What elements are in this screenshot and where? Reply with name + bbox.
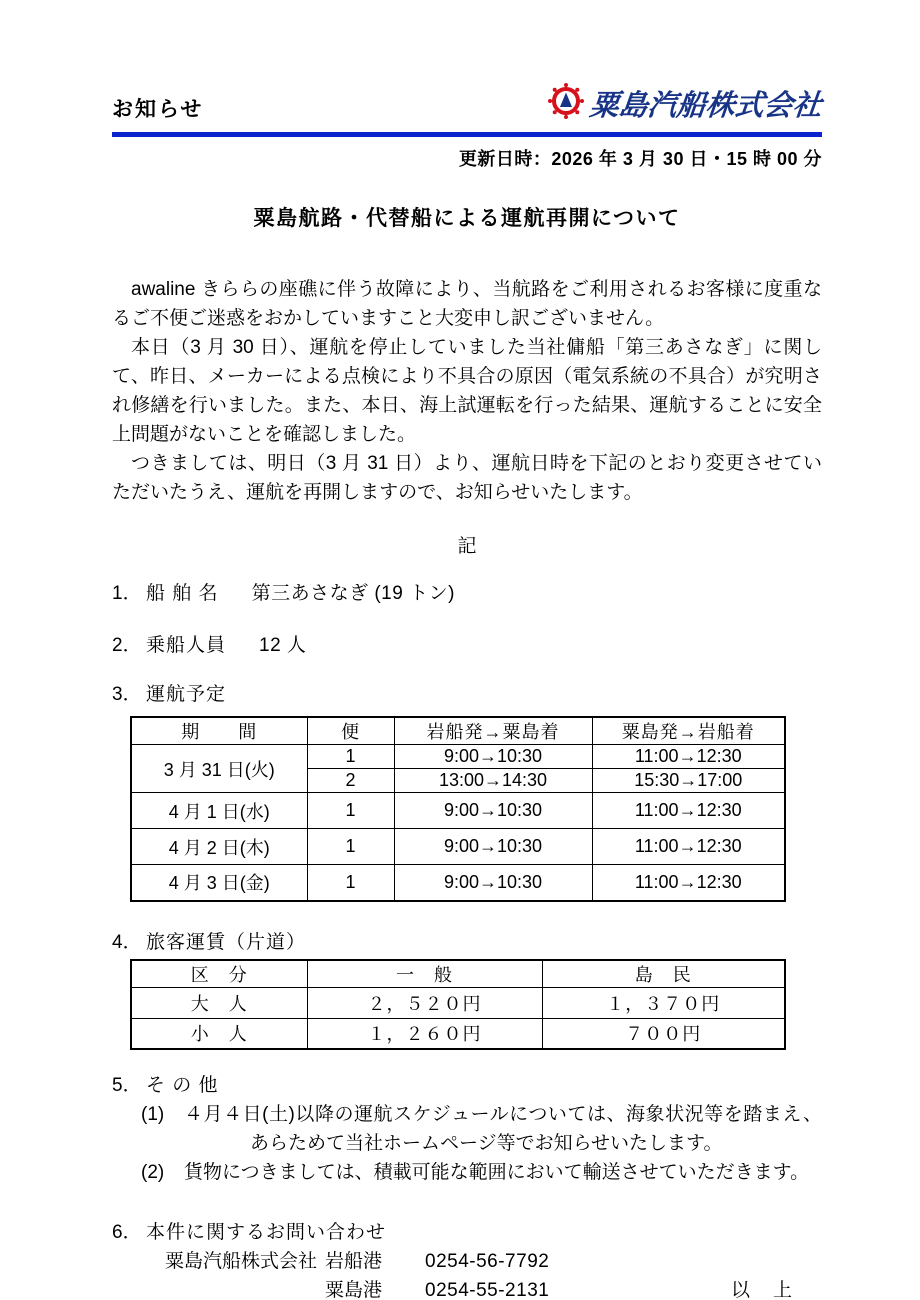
contact-line-awashima: 粟島港 0254-55-2131 以 上 (112, 1276, 822, 1300)
paragraph-apology: awaline きららの座礁に伴う故障により、当航路をご利用されるお客様に度重な… (112, 275, 822, 333)
record-mark: 記 (112, 531, 822, 558)
outbound-cell: 9:00→10:30 (394, 793, 592, 829)
header-period: 期 間 (131, 717, 307, 745)
contact-phone: 0254-55-2131 (425, 1276, 549, 1300)
header-category: 区 分 (131, 960, 307, 988)
item-label: 本件に関するお問い合わせ (146, 1222, 386, 1243)
schedule-header-row: 期 間 便 岩船発→粟島着 粟島発→岩船着 (131, 717, 785, 745)
schedule-row: 4 月 2 日(木) 1 9:00→10:30 11:00→12:30 (131, 829, 785, 865)
period-cell: 4 月 1 日(水) (131, 793, 307, 829)
note-number: (1) (141, 1100, 184, 1158)
page-title: 粟島航路・代替船による運航再開について (112, 202, 822, 232)
notice-document-page: お知らせ (0, 0, 920, 1300)
updated-datetime: 更新日時：2026 年 3 月 30 日・15 時 00 分 (112, 145, 822, 171)
item-number: 2． (112, 631, 146, 660)
note-text: ４月４日(土)以降の運航スケジュールについては、海象状況等を踏まえ、あらためて当… (184, 1100, 822, 1158)
category-cell: 大 人 (131, 987, 307, 1018)
item-label: 船 舶 名 (146, 583, 219, 604)
body-text: awaline きららの座礁に伴う故障により、当航路をご利用されるお客様に度重な… (112, 275, 822, 507)
contact-company: 粟島汽船株式会社 (165, 1247, 325, 1276)
item-other: 5．そ の 他 (112, 1071, 822, 1100)
notice-label: お知らせ (112, 93, 203, 125)
paragraph-repair: 本日（3 月 30 日）、運航を停止していました当社傭船「第三あさなぎ」に関して… (112, 333, 822, 449)
schedule-row: 4 月 1 日(水) 1 9:00→10:30 11:00→12:30 (131, 793, 785, 829)
item-label: 乗船人員 (146, 635, 226, 656)
inbound-cell: 11:00→12:30 (592, 865, 785, 901)
contact-port: 粟島港 (325, 1276, 425, 1300)
header-inbound: 粟島発→岩船着 (592, 717, 785, 745)
ship-name-value: 第三あさなぎ (19 トン) (252, 583, 455, 604)
header-divider (112, 132, 822, 137)
inbound-cell: 15:30→17:00 (592, 769, 785, 793)
item-schedule: 3．運航予定 (112, 680, 822, 709)
inbound-cell: 11:00→12:30 (592, 829, 785, 865)
fare-row: 小 人 １，２６０円 ７００円 (131, 1018, 785, 1049)
contact-port: 岩船港 (325, 1247, 425, 1276)
company-logo: 粟島汽船株式会社 (547, 82, 822, 125)
item-number: 1． (112, 579, 146, 608)
fare-header-row: 区 分 一 般 島 民 (131, 960, 785, 988)
islander-fare-cell: ７００円 (542, 1018, 785, 1049)
contact-spacer (165, 1276, 325, 1300)
other-note-1: (1) ４月４日(土)以降の運航スケジュールについては、海象状況等を踏まえ、あら… (141, 1100, 822, 1158)
document-header: お知らせ (112, 82, 822, 125)
closing-mark: 以 上 (731, 1276, 794, 1300)
crew-capacity-value: 12 人 (259, 635, 306, 656)
run-cell: 1 (307, 745, 394, 769)
header-islander: 島 民 (542, 960, 785, 988)
contact-line-iwafune: 粟島汽船株式会社 岩船港 0254-56-7792 (112, 1247, 822, 1276)
outbound-cell: 13:00→14:30 (394, 769, 592, 793)
fare-table: 区 分 一 般 島 民 大 人 ２，５２０円 １，３７０円 小 人 １，２６０円… (130, 959, 786, 1051)
period-cell: 4 月 2 日(木) (131, 829, 307, 865)
run-cell: 1 (307, 829, 394, 865)
item-contact: 6．本件に関するお問い合わせ (112, 1218, 822, 1247)
note-text: 貨物につきましては、積載可能な範囲において輸送させていただきます。 (184, 1158, 822, 1187)
item-label: 旅客運賃（片道） (146, 932, 306, 953)
item-label: 運航予定 (146, 684, 226, 705)
item-number: 3． (112, 680, 146, 709)
item-number: 6． (112, 1218, 146, 1247)
schedule-table: 期 間 便 岩船発→粟島着 粟島発→岩船着 3 月 31 日(火) 1 9:00… (130, 716, 786, 902)
item-ship-name: 1．船 舶 名第三あさなぎ (19 トン) (112, 579, 822, 608)
general-fare-cell: １，２６０円 (307, 1018, 542, 1049)
other-note-2: (2) 貨物につきましては、積載可能な範囲において輸送させていただきます。 (141, 1158, 822, 1187)
item-crew-capacity: 2．乗船人員12 人 (112, 631, 822, 660)
schedule-row: 3 月 31 日(火) 1 9:00→10:30 11:00→12:30 (131, 745, 785, 769)
item-label: そ の 他 (146, 1075, 219, 1096)
inbound-cell: 11:00→12:30 (592, 793, 785, 829)
run-cell: 2 (307, 769, 394, 793)
item-number: 4． (112, 928, 146, 957)
general-fare-cell: ２，５２０円 (307, 987, 542, 1018)
contact-phone: 0254-56-7792 (425, 1247, 549, 1276)
ship-wheel-icon (547, 82, 585, 125)
outbound-cell: 9:00→10:30 (394, 829, 592, 865)
run-cell: 1 (307, 865, 394, 901)
header-run: 便 (307, 717, 394, 745)
period-cell: 4 月 3 日(金) (131, 865, 307, 901)
item-number: 5． (112, 1071, 146, 1100)
item-fare: 4．旅客運賃（片道） (112, 928, 822, 957)
category-cell: 小 人 (131, 1018, 307, 1049)
outbound-cell: 9:00→10:30 (394, 745, 592, 769)
company-name: 粟島汽船株式会社 (588, 83, 824, 124)
islander-fare-cell: １，３７０円 (542, 987, 785, 1018)
paragraph-resume: つきましては、明日（3 月 31 日）より、運航日時を下記のとおり変更させていた… (112, 449, 822, 507)
inbound-cell: 11:00→12:30 (592, 745, 785, 769)
outbound-cell: 9:00→10:30 (394, 865, 592, 901)
header-outbound: 岩船発→粟島着 (394, 717, 592, 745)
note-number: (2) (141, 1158, 184, 1187)
fare-row: 大 人 ２，５２０円 １，３７０円 (131, 987, 785, 1018)
schedule-row: 4 月 3 日(金) 1 9:00→10:30 11:00→12:30 (131, 865, 785, 901)
header-general: 一 般 (307, 960, 542, 988)
period-cell: 3 月 31 日(火) (131, 745, 307, 793)
run-cell: 1 (307, 793, 394, 829)
